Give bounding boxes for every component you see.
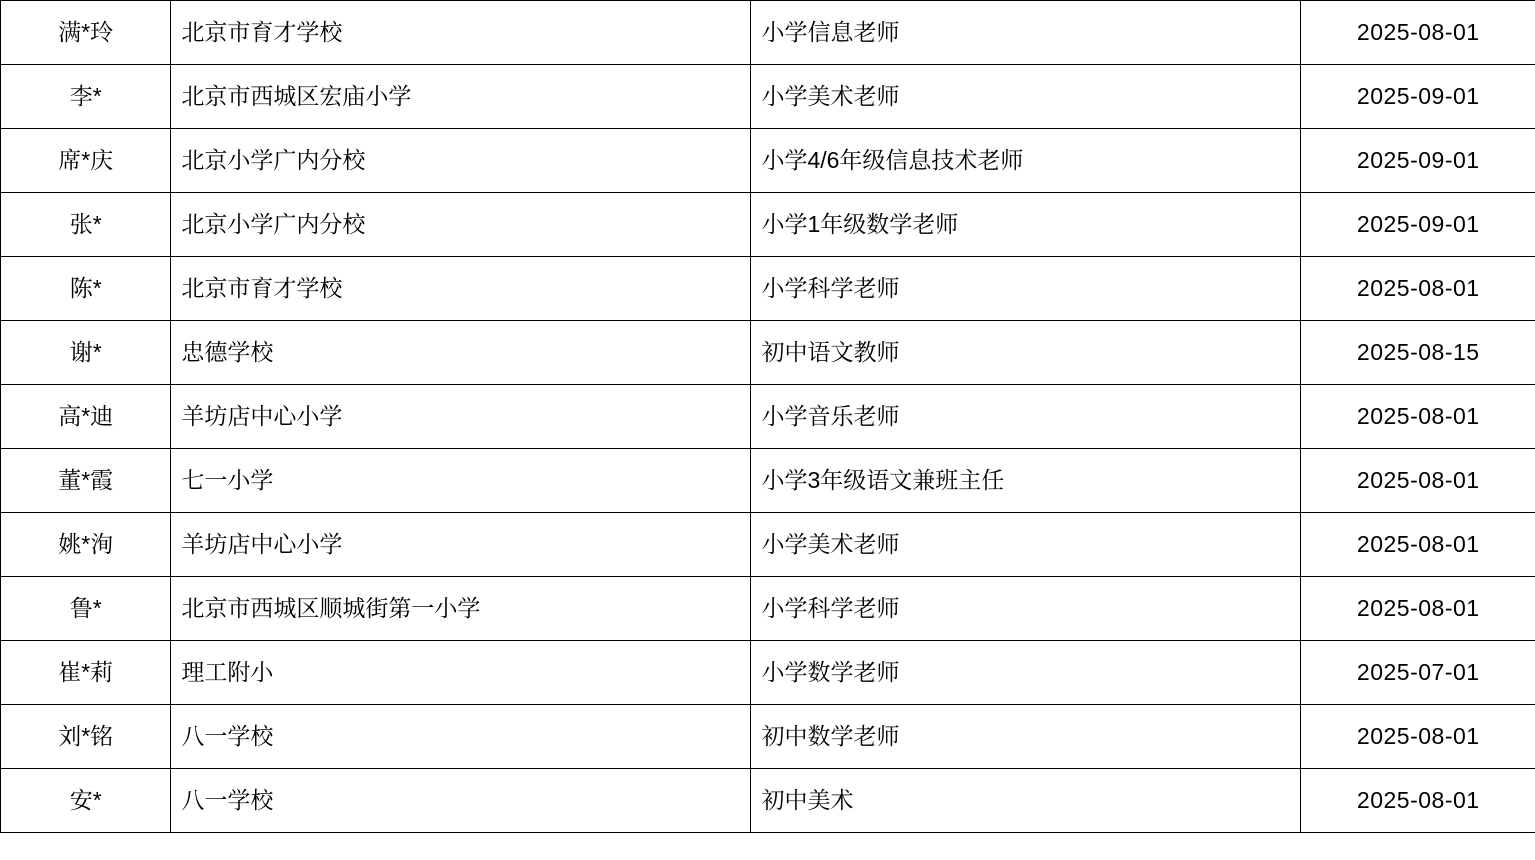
school-cell: 北京小学广内分校 [171,193,751,257]
date-cell: 2025-09-01 [1300,193,1535,257]
table-row: 董*霞 七一小学 小学3年级语文兼班主任 2025-08-01 [1,449,1535,513]
name-cell: 鲁* [1,577,171,641]
name-cell: 谢* [1,321,171,385]
school-cell: 羊坊店中心小学 [171,385,751,449]
date-cell: 2025-09-01 [1300,129,1535,193]
position-cell: 小学科学老师 [751,257,1300,321]
position-cell: 小学信息老师 [751,1,1300,65]
school-cell: 北京小学广内分校 [171,129,751,193]
position-cell: 小学音乐老师 [751,385,1300,449]
name-cell: 刘*铭 [1,705,171,769]
table-row: 李* 北京市西城区宏庙小学 小学美术老师 2025-09-01 [1,65,1535,129]
table-row: 鲁* 北京市西城区顺城街第一小学 小学科学老师 2025-08-01 [1,577,1535,641]
school-cell: 七一小学 [171,449,751,513]
school-cell: 忠德学校 [171,321,751,385]
teacher-roster-table: 满*玲 北京市育才学校 小学信息老师 2025-08-01 李* 北京市西城区宏… [0,0,1535,833]
name-cell: 姚*洵 [1,513,171,577]
name-cell: 安* [1,769,171,833]
position-cell: 小学美术老师 [751,513,1300,577]
table-row: 陈* 北京市育才学校 小学科学老师 2025-08-01 [1,257,1535,321]
table-row: 高*迪 羊坊店中心小学 小学音乐老师 2025-08-01 [1,385,1535,449]
date-cell: 2025-08-01 [1300,449,1535,513]
school-cell: 北京市西城区顺城街第一小学 [171,577,751,641]
name-cell: 崔*莉 [1,641,171,705]
name-cell: 张* [1,193,171,257]
school-cell: 北京市育才学校 [171,257,751,321]
position-cell: 小学4/6年级信息技术老师 [751,129,1300,193]
date-cell: 2025-08-01 [1300,1,1535,65]
date-cell: 2025-08-01 [1300,705,1535,769]
table-body: 满*玲 北京市育才学校 小学信息老师 2025-08-01 李* 北京市西城区宏… [1,1,1535,833]
name-cell: 陈* [1,257,171,321]
table-row: 席*庆 北京小学广内分校 小学4/6年级信息技术老师 2025-09-01 [1,129,1535,193]
school-cell: 北京市育才学校 [171,1,751,65]
position-cell: 初中数学老师 [751,705,1300,769]
date-cell: 2025-08-01 [1300,257,1535,321]
school-cell: 北京市西城区宏庙小学 [171,65,751,129]
name-cell: 席*庆 [1,129,171,193]
name-cell: 满*玲 [1,1,171,65]
date-cell: 2025-08-01 [1300,577,1535,641]
position-cell: 小学科学老师 [751,577,1300,641]
name-cell: 高*迪 [1,385,171,449]
table-row: 崔*莉 理工附小 小学数学老师 2025-07-01 [1,641,1535,705]
table-row: 谢* 忠德学校 初中语文教师 2025-08-15 [1,321,1535,385]
date-cell: 2025-07-01 [1300,641,1535,705]
position-cell: 小学美术老师 [751,65,1300,129]
name-cell: 李* [1,65,171,129]
table-row: 刘*铭 八一学校 初中数学老师 2025-08-01 [1,705,1535,769]
position-cell: 小学数学老师 [751,641,1300,705]
date-cell: 2025-08-15 [1300,321,1535,385]
position-cell: 初中美术 [751,769,1300,833]
position-cell: 小学3年级语文兼班主任 [751,449,1300,513]
position-cell: 初中语文教师 [751,321,1300,385]
date-cell: 2025-08-01 [1300,769,1535,833]
table-row: 满*玲 北京市育才学校 小学信息老师 2025-08-01 [1,1,1535,65]
date-cell: 2025-08-01 [1300,513,1535,577]
table-row: 安* 八一学校 初中美术 2025-08-01 [1,769,1535,833]
table-row: 张* 北京小学广内分校 小学1年级数学老师 2025-09-01 [1,193,1535,257]
school-cell: 八一学校 [171,705,751,769]
table-row: 姚*洵 羊坊店中心小学 小学美术老师 2025-08-01 [1,513,1535,577]
school-cell: 羊坊店中心小学 [171,513,751,577]
name-cell: 董*霞 [1,449,171,513]
school-cell: 八一学校 [171,769,751,833]
school-cell: 理工附小 [171,641,751,705]
date-cell: 2025-08-01 [1300,385,1535,449]
date-cell: 2025-09-01 [1300,65,1535,129]
position-cell: 小学1年级数学老师 [751,193,1300,257]
